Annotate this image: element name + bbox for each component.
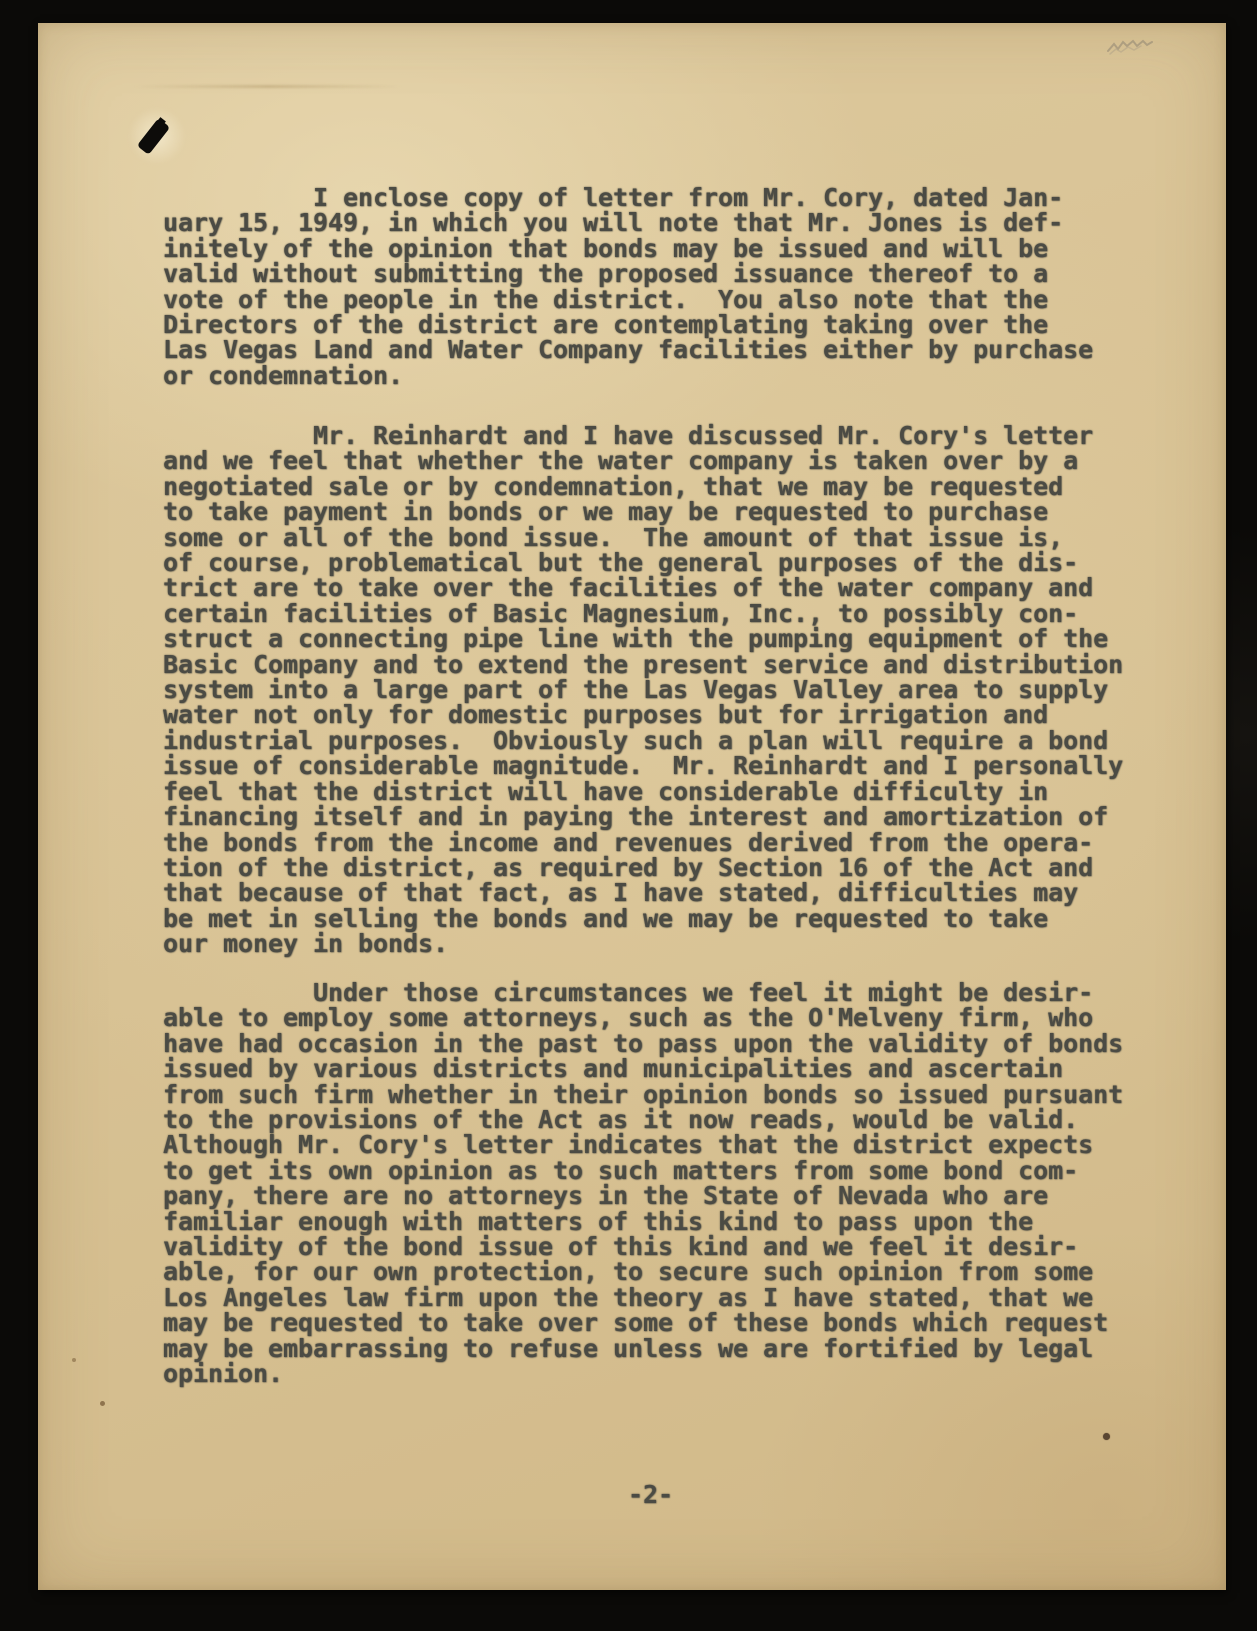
paragraph-1: I enclose copy of letter from Mr. Cory, … [163,185,1093,388]
letter-page: I enclose copy of letter from Mr. Cory, … [38,23,1226,1590]
pencil-scribble-mark [1106,36,1154,60]
paper-speck [1103,1433,1110,1440]
page-number: -2- [628,1482,673,1507]
paper-scratch-streak [133,85,403,88]
paper-speck [72,1358,76,1362]
paragraph-2: Mr. Reinhardt and I have discussed Mr. C… [163,423,1123,957]
paper-speck [100,1401,105,1406]
paragraph-3: Under those circumstances we feel it mig… [163,980,1123,1387]
scanner-background: I enclose copy of letter from Mr. Cory, … [0,0,1257,1631]
